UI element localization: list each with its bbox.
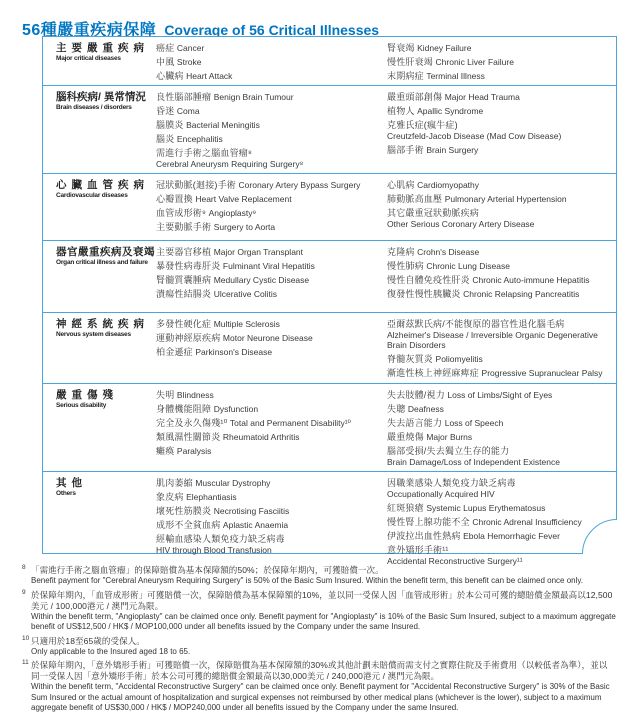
illness-name-en: Paralysis [177, 446, 211, 456]
illness-name-zh: 慢性腎上腺功能不全 [387, 517, 470, 527]
illness-name-en: Total and Permanent Disability¹⁰ [230, 418, 351, 428]
illness-item: 失去肢體/視力 Loss of Limbs/Sight of Eyes [387, 390, 612, 400]
illness-column: 腎衰竭 Kidney Failure慢性肝衰竭 Chronic Liver Fa… [387, 41, 612, 85]
illness-name-en: Other Serious Coronary Artery Disease [387, 219, 612, 229]
table-section: 嚴重傷殘Serious disability失明 Blindness身體機能阻障… [43, 383, 616, 471]
illness-column: 癌症 Cancer中風 Stroke心臟病 Heart Attack [156, 41, 382, 85]
illness-item: 亞爾茲默氏病/不能復原的器官性退化腦毛病 Alzheimer's Disease… [387, 319, 612, 350]
illness-name-en: Coma [177, 106, 200, 116]
illness-item: 主要動脈手術 Surgery to Aorta [156, 222, 382, 232]
illness-name-en: Heart Valve Replacement [195, 194, 291, 204]
illness-item: 主要器官移植 Major Organ Transplant [156, 247, 382, 257]
illness-name-en: Ebola Hemorrhagic Fever [463, 531, 560, 541]
illness-name-zh: 多發性硬化症 [156, 319, 211, 329]
footnote: 9於保障年期內，「血管成形術」可獲賠償一次，保障賠償為基本保障額的10%，並以同… [22, 590, 616, 633]
illness-name-en: Poliomyelitis [436, 354, 483, 364]
illness-name-en: Cardiomyopathy [417, 180, 479, 190]
footnote-text-zh: 「需進行手術之腦血管瘤」的保障賠償為基本保障額的50%；於保障年期內，可獲賠償一… [31, 565, 616, 576]
illness-name-en: Major Organ Transplant [214, 247, 303, 257]
footnote-text-zh: 於保障年期內，「意外矯形手術」可獲賠償一次，保障賠償為基本保障額的30%或其他計… [31, 660, 616, 682]
illness-name-zh: 紅斑狼瘡 [387, 503, 424, 513]
illness-item: 昏迷 Coma [156, 106, 382, 116]
illness-item: 經輸血感染人類免疫力缺乏病毒 HIV through Blood Transfu… [156, 534, 382, 555]
illness-name-zh: 壞死性筋膜炎 [156, 506, 211, 516]
illness-item: 克雅氏症(瘋牛症) Creutzfeld-Jacob Disease (Mad … [387, 120, 612, 141]
illness-name-zh: 腎衰竭 [387, 43, 415, 53]
illness-name-en: Medullary Cystic Disease [214, 275, 309, 285]
footnote-text-en: Only applicable to the Insured aged 18 t… [31, 647, 616, 658]
illness-name-zh: 其它嚴重冠狀動脈疾病 [387, 208, 479, 218]
illness-name-en: Benign Brain Tumour [214, 92, 294, 102]
illness-item: 潰瘍性結腸炎 Ulcerative Colitis [156, 289, 382, 299]
category-name-zh: 心臟血管疾病 [56, 180, 152, 191]
illness-item: 伊波拉出血性熱病 Ebola Hemorrhagic Fever [387, 531, 612, 541]
illness-column: 亞爾茲默氏病/不能復原的器官性退化腦毛病 Alzheimer's Disease… [387, 317, 612, 382]
illness-item: 植物人 Apallic Syndrome [387, 106, 612, 116]
illness-item: 需進行手術之腦血管瘤⁸ Cerebral Aneurysm Requiring … [156, 148, 382, 169]
illness-name-en: Occupationally Acquired HIV [387, 489, 612, 499]
illness-name-zh: 成形不全貧血病 [156, 520, 220, 530]
illness-item: 暴發性病毒肝炎 Fulminant Viral Hepatitis [156, 261, 382, 271]
illness-item: 慢性腎上腺功能不全 Chronic Adrenal Insufficiency [387, 517, 612, 527]
table-section: 器官嚴重疾病及衰竭Organ critical illness and fail… [43, 240, 616, 312]
illness-column: 良性腦部腫瘤 Benign Brain Tumour昏迷 Coma腦膜炎 Bac… [156, 90, 382, 173]
illness-name-zh: 復發性慢性胰臟炎 [387, 289, 461, 299]
table-section: 腦科疾病/ 異常情況Brain diseases / disorders良性腦部… [43, 85, 616, 173]
illness-item: 慢性肺病 Chronic Lung Disease [387, 261, 612, 271]
category-name-zh: 神經系統疾病 [56, 319, 152, 330]
illness-name-en: Apallic Syndrome [417, 106, 483, 116]
illness-item: 腎衰竭 Kidney Failure [387, 43, 612, 53]
illness-item: 心臟病 Heart Attack [156, 71, 382, 81]
illness-name-zh: 植物人 [387, 106, 415, 116]
illness-name-zh: 完全及永久傷殘¹⁰ [156, 418, 227, 428]
illness-name-en: Creutzfeld-Jacob Disease (Mad Cow Diseas… [387, 131, 612, 141]
footnote-marker: 10 [22, 635, 29, 642]
illness-name-en: Alzheimer's Disease / Irreversible Organ… [387, 330, 612, 350]
illness-item: 肌肉萎縮 Muscular Dystrophy [156, 478, 382, 488]
category-cell: 腦科疾病/ 異常情況Brain diseases / disorders [56, 90, 152, 112]
footnote-text-en: Within the benefit term, "Accidental Rec… [31, 682, 616, 714]
illness-name-en: Multiple Sclerosis [214, 319, 280, 329]
illness-name-zh: 心肌病 [387, 180, 415, 190]
illness-item: 腎髓質囊腫病 Medullary Cystic Disease [156, 275, 382, 285]
illness-name-en: Chronic Auto-immune Hepatitis [472, 275, 589, 285]
illness-name-zh: 嚴重燒傷 [387, 432, 424, 442]
illness-name-zh: 失聰 [387, 404, 405, 414]
illness-item: 身體機能阻障 Dysfunction [156, 404, 382, 414]
illness-name-zh: 運動神經原疾病 [156, 333, 220, 343]
illness-name-zh: 肌肉萎縮 [156, 478, 193, 488]
category-name-zh: 器官嚴重疾病及衰竭 [56, 247, 152, 258]
illness-item: 壞死性筋膜炎 Necrotising Fasciitis [156, 506, 382, 516]
illness-item: 失聰 Deafness [387, 404, 612, 414]
corner-notch-decoration [582, 519, 617, 554]
illness-item: 多發性硬化症 Multiple Sclerosis [156, 319, 382, 329]
illness-name-en: Terminal Illness [426, 71, 485, 81]
coverage-table: 主要嚴重疾病Major critical diseases癌症 Cancer中風… [42, 36, 617, 554]
illness-name-en: Bacterial Meningitis [186, 120, 260, 130]
illness-column: 克隆病 Crohn's Disease慢性肺病 Chronic Lung Dis… [387, 245, 612, 303]
illness-item: 失明 Blindness [156, 390, 382, 400]
category-name-en: Major critical diseases [56, 55, 152, 63]
illness-name-zh: 慢性肺病 [387, 261, 424, 271]
illness-name-en: Loss of Limbs/Sight of Eyes [447, 390, 552, 400]
illness-name-zh: 失去語言能力 [387, 418, 442, 428]
footnote-text-en: Benefit payment for "Cerebral Aneurysm R… [31, 576, 616, 587]
illness-name-zh: 心臟病 [156, 71, 184, 81]
illness-item: 運動神經原疾病 Motor Neurone Disease [156, 333, 382, 343]
illness-item: 心肌病 Cardiomyopathy [387, 180, 612, 190]
document-page: 56種嚴重疾病保障Coverage of 56 Critical Illness… [0, 0, 630, 721]
illness-item: 腦部受損/失去獨立生存的能力 Brain Damage/Loss of Inde… [387, 446, 612, 467]
corner-arc [582, 519, 617, 554]
illness-name-zh: 慢性自體免疫性肝炎 [387, 275, 470, 285]
illness-item: 癱瘓 Paralysis [156, 446, 382, 456]
illness-name-zh: 脊髓灰質炎 [387, 354, 433, 364]
illness-column: 心肌病 Cardiomyopathy肺動脈高血壓 Pulmonary Arter… [387, 178, 612, 233]
category-name-zh: 嚴重傷殘 [56, 390, 152, 401]
illness-column: 冠狀動脈(迴接)手術 Coronary Artery Bypass Surger… [156, 178, 382, 236]
illness-name-en: Rheumatoid Arthritis [223, 432, 300, 442]
illness-name-zh: 潰瘍性結腸炎 [156, 289, 211, 299]
illness-name-en: Surgery to Aorta [214, 222, 275, 232]
illness-column: 失去肢體/視力 Loss of Limbs/Sight of Eyes失聰 De… [387, 388, 612, 471]
illness-name-en: Ulcerative Colitis [214, 289, 277, 299]
illness-name-zh: 亞爾茲默氏病/不能復原的器官性退化腦毛病 [387, 319, 565, 329]
footnote-text-en: Within the benefit term, "Angioplasty" c… [31, 612, 616, 633]
illness-name-zh: 末期病症 [387, 71, 424, 81]
category-cell: 神經系統疾病Nervous system diseases [56, 317, 152, 339]
illness-item: 成形不全貧血病 Aplastic Anaemia [156, 520, 382, 530]
illness-name-en: Necrotising Fasciitis [214, 506, 290, 516]
illness-item: 腦部手術 Brain Surgery [387, 145, 612, 155]
illness-item: 腦炎 Encephalitis [156, 134, 382, 144]
illness-name-en: Brain Surgery [426, 145, 478, 155]
category-cell: 其他Others [56, 476, 152, 498]
illness-name-zh: 心瓣置換 [156, 194, 193, 204]
illness-name-en: Chronic Liver Failure [436, 57, 514, 67]
illness-item: 肺動脈高血壓 Pulmonary Arterial Hypertension [387, 194, 612, 204]
illness-name-zh: 腦部手術 [387, 145, 424, 155]
category-cell: 嚴重傷殘Serious disability [56, 388, 152, 410]
illness-name-zh: 腦部受損/失去獨立生存的能力 [387, 446, 509, 456]
table-section: 其他Others肌肉萎縮 Muscular Dystrophy象皮病 Eleph… [43, 471, 616, 570]
illness-name-zh: 中風 [156, 57, 174, 67]
footnote: 8「需進行手術之腦血管瘤」的保障賠償為基本保障額的50%；於保障年期內，可獲賠償… [22, 565, 616, 587]
illness-name-en: Pulmonary Arterial Hypertension [445, 194, 567, 204]
illness-item: 心瓣置換 Heart Valve Replacement [156, 194, 382, 204]
illness-name-en: Aplastic Anaemia [223, 520, 288, 530]
illness-name-zh: 漸進性核上神經麻痺症 [387, 368, 479, 378]
footnote: 10只適用於18至65歲的受保人。Only applicable to the … [22, 636, 616, 658]
category-name-zh: 主要嚴重疾病 [56, 43, 152, 54]
illness-name-en: Elephantiasis [186, 492, 237, 502]
footnote-marker: 8 [22, 564, 26, 571]
illness-item: 柏金遜症 Parkinson's Disease [156, 347, 382, 357]
illness-name-zh: 嚴重頭部創傷 [387, 92, 442, 102]
illness-name-zh: 柏金遜症 [156, 347, 193, 357]
illness-column: 因職業感染人類免疫力缺乏病毒 Occupationally Acquired H… [387, 476, 612, 570]
illness-item: 血管成形術⁹ Angioplasty⁹ [156, 208, 382, 218]
illness-item: 慢性肝衰竭 Chronic Liver Failure [387, 57, 612, 67]
illness-name-zh: 象皮病 [156, 492, 184, 502]
illness-name-en: Stroke [177, 57, 202, 67]
illness-item: 癌症 Cancer [156, 43, 382, 53]
illness-item: 漸進性核上神經麻痺症 Progressive Supranuclear Pals… [387, 368, 612, 378]
illness-column: 多發性硬化症 Multiple Sclerosis運動神經原疾病 Motor N… [156, 317, 382, 361]
illness-name-zh: 類風濕性關節炎 [156, 432, 220, 442]
illness-item: 末期病症 Terminal Illness [387, 71, 612, 81]
illness-name-en: Deafness [408, 404, 444, 414]
illness-name-en: Encephalitis [177, 134, 223, 144]
table-sections: 主要嚴重疾病Major critical diseases癌症 Cancer中風… [43, 37, 616, 570]
table-section: 主要嚴重疾病Major critical diseases癌症 Cancer中風… [43, 37, 616, 85]
illness-item: 失去語言能力 Loss of Speech [387, 418, 612, 428]
illness-name-en: Major Burns [426, 432, 472, 442]
illness-name-zh: 腎髓質囊腫病 [156, 275, 211, 285]
illness-name-zh: 克雅氏症(瘋牛症) [387, 120, 458, 130]
illness-item: 中風 Stroke [156, 57, 382, 67]
category-name-en: Serious disability [56, 402, 152, 410]
illness-item: 因職業感染人類免疫力缺乏病毒 Occupationally Acquired H… [387, 478, 612, 499]
illness-name-en: Coronary Artery Bypass Surgery [239, 180, 361, 190]
category-name-en: Nervous system diseases [56, 331, 152, 339]
illness-name-en: Blindness [177, 390, 214, 400]
illness-name-zh: 癱瘓 [156, 446, 174, 456]
illness-name-en: Chronic Lung Disease [426, 261, 510, 271]
illness-name-zh: 暴發性病毒肝炎 [156, 261, 220, 271]
illness-name-zh: 身體機能阻障 [156, 404, 211, 414]
category-name-en: Cardiovascular diseases [56, 192, 152, 200]
category-name-zh: 腦科疾病/ 異常情況 [56, 92, 152, 103]
illness-item: 紅斑狼瘡 Systemic Lupus Erythematosus [387, 503, 612, 513]
illness-item: 類風濕性關節炎 Rheumatoid Arthritis [156, 432, 382, 442]
illness-name-en: Progressive Supranuclear Palsy [482, 368, 603, 378]
illness-name-en: Cancer [177, 43, 204, 53]
illness-item: 完全及永久傷殘¹⁰ Total and Permanent Disability… [156, 418, 382, 428]
table-section: 神經系統疾病Nervous system diseases多發性硬化症 Mult… [43, 312, 616, 383]
category-cell: 主要嚴重疾病Major critical diseases [56, 41, 152, 63]
illness-item: 象皮病 Elephantiasis [156, 492, 382, 502]
illness-name-zh: 失去肢體/視力 [387, 390, 445, 400]
illness-item: 冠狀動脈(迴接)手術 Coronary Artery Bypass Surger… [156, 180, 382, 190]
illness-name-zh: 良性腦部腫瘤 [156, 92, 211, 102]
illness-name-zh: 失明 [156, 390, 174, 400]
footnote-marker: 9 [22, 589, 26, 596]
illness-name-en: Systemic Lupus Erythematosus [426, 503, 545, 513]
illness-name-zh: 血管成形術⁹ [156, 208, 206, 218]
category-name-zh: 其他 [56, 478, 152, 489]
illness-column: 主要器官移植 Major Organ Transplant暴發性病毒肝炎 Ful… [156, 245, 382, 303]
illness-name-zh: 需進行手術之腦血管瘤⁸ [156, 148, 252, 158]
illness-name-en: Heart Attack [186, 71, 232, 81]
illness-name-zh: 昏迷 [156, 106, 174, 116]
footnote: 11於保障年期內，「意外矯形手術」可獲賠償一次，保障賠償為基本保障額的30%或其… [22, 660, 616, 714]
category-name-en: Others [56, 490, 152, 498]
illness-item: 其它嚴重冠狀動脈疾病 Other Serious Coronary Artery… [387, 208, 612, 229]
footnote-text-zh: 於保障年期內，「血管成形術」可獲賠償一次，保障賠償為基本保障額的10%，並以同一… [31, 590, 616, 612]
illness-item: 腦膜炎 Bacterial Meningitis [156, 120, 382, 130]
illness-name-en: Dysfunction [214, 404, 258, 414]
illness-name-en: Major Head Trauma [445, 92, 520, 102]
illness-name-en: Angioplasty⁹ [209, 208, 257, 218]
illness-name-zh: 伊波拉出血性熱病 [387, 531, 461, 541]
illness-name-en: Crohn's Disease [417, 247, 479, 257]
footnotes: 8「需進行手術之腦血管瘤」的保障賠償為基本保障額的50%；於保障年期內，可獲賠償… [22, 565, 616, 717]
illness-name-en: Loss of Speech [445, 418, 504, 428]
illness-column: 失明 Blindness身體機能阻障 Dysfunction完全及永久傷殘¹⁰ … [156, 388, 382, 460]
illness-name-zh: 主要動脈手術 [156, 222, 211, 232]
category-cell: 器官嚴重疾病及衰竭Organ critical illness and fail… [56, 245, 152, 267]
category-name-en: Brain diseases / disorders [56, 104, 152, 112]
illness-name-en: Fulminant Viral Hepatitis [223, 261, 315, 271]
illness-name-zh: 經輸血感染人類免疫力缺乏病毒 [156, 534, 285, 544]
illness-column: 嚴重頭部創傷 Major Head Trauma植物人 Apallic Synd… [387, 90, 612, 159]
footnote-marker: 11 [22, 659, 29, 666]
illness-name-zh: 慢性肝衰竭 [387, 57, 433, 67]
illness-name-en: Cerebral Aneurysm Requiring Surgery⁸ [156, 159, 382, 169]
illness-name-en: Brain Damage/Loss of Independent Existen… [387, 457, 612, 467]
illness-item: 脊髓灰質炎 Poliomyelitis [387, 354, 612, 364]
illness-item: 意外矯形手術¹¹ Accidental Reconstructive Surge… [387, 545, 612, 566]
illness-item: 復發性慢性胰臟炎 Chronic Relapsing Pancreatitis [387, 289, 612, 299]
illness-name-en: Kidney Failure [417, 43, 471, 53]
category-cell: 心臟血管疾病Cardiovascular diseases [56, 178, 152, 200]
illness-item: 嚴重頭部創傷 Major Head Trauma [387, 92, 612, 102]
illness-name-zh: 肺動脈高血壓 [387, 194, 442, 204]
illness-name-en: Parkinson's Disease [195, 347, 272, 357]
illness-name-zh: 腦炎 [156, 134, 174, 144]
illness-name-zh: 意外矯形手術¹¹ [387, 545, 449, 555]
illness-name-zh: 冠狀動脈(迴接)手術 [156, 180, 236, 190]
illness-item: 克隆病 Crohn's Disease [387, 247, 612, 257]
illness-name-en: Chronic Adrenal Insufficiency [472, 517, 581, 527]
illness-name-zh: 主要器官移植 [156, 247, 211, 257]
illness-name-zh: 腦膜炎 [156, 120, 184, 130]
footnote-text-zh: 只適用於18至65歲的受保人。 [31, 636, 616, 647]
illness-name-en: Chronic Relapsing Pancreatitis [463, 289, 579, 299]
illness-item: 慢性自體免疫性肝炎 Chronic Auto-immune Hepatitis [387, 275, 612, 285]
illness-column: 肌肉萎縮 Muscular Dystrophy象皮病 Elephantiasis… [156, 476, 382, 559]
illness-name-en: Muscular Dystrophy [195, 478, 270, 488]
illness-name-zh: 克隆病 [387, 247, 415, 257]
illness-name-zh: 因職業感染人類免疫力缺乏病毒 [387, 478, 516, 488]
illness-name-zh: 癌症 [156, 43, 174, 53]
illness-item: 嚴重燒傷 Major Burns [387, 432, 612, 442]
table-section: 心臟血管疾病Cardiovascular diseases冠狀動脈(迴接)手術 … [43, 173, 616, 240]
illness-name-en: HIV through Blood Transfusion [156, 545, 382, 555]
category-name-en: Organ critical illness and failure [56, 259, 152, 267]
illness-name-en: Motor Neurone Disease [223, 333, 313, 343]
illness-item: 良性腦部腫瘤 Benign Brain Tumour [156, 92, 382, 102]
